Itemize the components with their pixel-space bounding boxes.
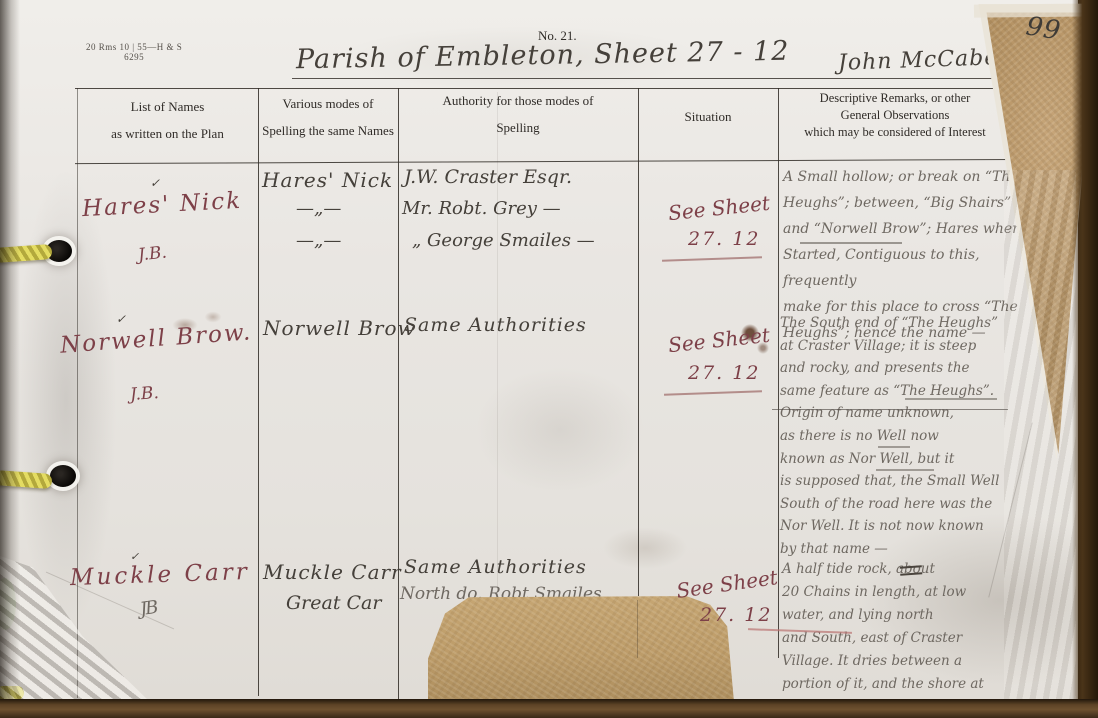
row1-spelling: Hares' Nick bbox=[262, 168, 393, 192]
remarks-underline bbox=[878, 446, 910, 448]
row2-authority-1: Same Authorities bbox=[404, 314, 587, 336]
row3-checkmark: ✓ bbox=[130, 550, 139, 563]
row1-situation-number: 27. 12 bbox=[688, 228, 760, 250]
column-header-spelling-2: Spelling the same Names bbox=[260, 123, 396, 139]
remarks-underline bbox=[905, 398, 997, 400]
column-header-remarks-2: General Observations bbox=[782, 108, 1008, 123]
column-header-authority-1: Authority for those modes of bbox=[400, 93, 636, 109]
row1-initials: J.B. bbox=[137, 243, 168, 266]
punch-hole bbox=[50, 465, 76, 487]
column-divider bbox=[398, 88, 399, 700]
scribble-strikethrough bbox=[900, 565, 923, 576]
crumpled-paper-edge bbox=[1004, 170, 1076, 702]
printer-stamp: 20 Rms 10 | 55—H & S 6295 bbox=[86, 42, 182, 62]
row3-spelling-alt: Great Car bbox=[286, 592, 381, 614]
desk-edge-bottom bbox=[0, 699, 1098, 718]
row1-ditto: —„— bbox=[296, 198, 341, 219]
column-header-names-1: List of Names bbox=[80, 99, 255, 115]
row2-spelling: Norwell Brow bbox=[263, 316, 416, 340]
table-border-left bbox=[77, 88, 78, 698]
column-divider-through-tape bbox=[637, 600, 638, 658]
header-underline bbox=[292, 78, 1008, 79]
row2-situation-number: 27. 12 bbox=[688, 362, 760, 384]
row1-checkmark: ✓ bbox=[150, 176, 160, 190]
row3-initials: JB bbox=[139, 597, 158, 620]
row3-authority-1: Same Authorities bbox=[404, 556, 587, 578]
remarks-underline bbox=[800, 242, 902, 244]
row3-situation-number: 27. 12 bbox=[700, 604, 772, 626]
row3-spelling: Muckle Carr bbox=[263, 560, 402, 584]
remarks-rule-line bbox=[772, 409, 1008, 410]
column-divider bbox=[258, 88, 259, 696]
column-header-spelling-1: Various modes of bbox=[260, 96, 396, 112]
column-header-authority-2: Spelling bbox=[400, 120, 636, 136]
stamp-line1: 20 Rms 10 | 55—H & S bbox=[86, 42, 182, 52]
column-header-names-2: as written on the Plan bbox=[80, 126, 255, 142]
row1-ditto: —„— bbox=[296, 230, 341, 251]
row2-checkmark: ✓ bbox=[116, 312, 126, 326]
page-left-shadow bbox=[0, 0, 20, 718]
column-header-remarks-3: which may be considered of Interest bbox=[782, 125, 1008, 140]
row1-authority-3: „ George Smailes — bbox=[412, 230, 595, 251]
row2-initials: J.B. bbox=[129, 383, 159, 405]
table-top-border bbox=[75, 88, 1008, 89]
column-header-remarks-1: Descriptive Remarks, or other bbox=[782, 91, 1008, 106]
scanned-name-book-page: 20 Rms 10 | 55—H & S 6295 No. 21. Parish… bbox=[0, 0, 1098, 718]
column-divider bbox=[778, 88, 779, 658]
column-divider bbox=[638, 88, 639, 596]
row1-authority-2: Mr. Robt. Grey — bbox=[402, 198, 561, 219]
row2-remarks: The South end of “The Heughs” at Craster… bbox=[780, 312, 1040, 561]
book-edge-right bbox=[1072, 0, 1098, 718]
remarks-underline bbox=[876, 469, 934, 471]
page-number: 99 bbox=[1024, 11, 1063, 46]
column-header-situation: Situation bbox=[640, 109, 776, 125]
stamp-line2: 6295 bbox=[86, 52, 182, 62]
row1-authority-1: J.W. Craster Esqr. bbox=[404, 166, 572, 188]
